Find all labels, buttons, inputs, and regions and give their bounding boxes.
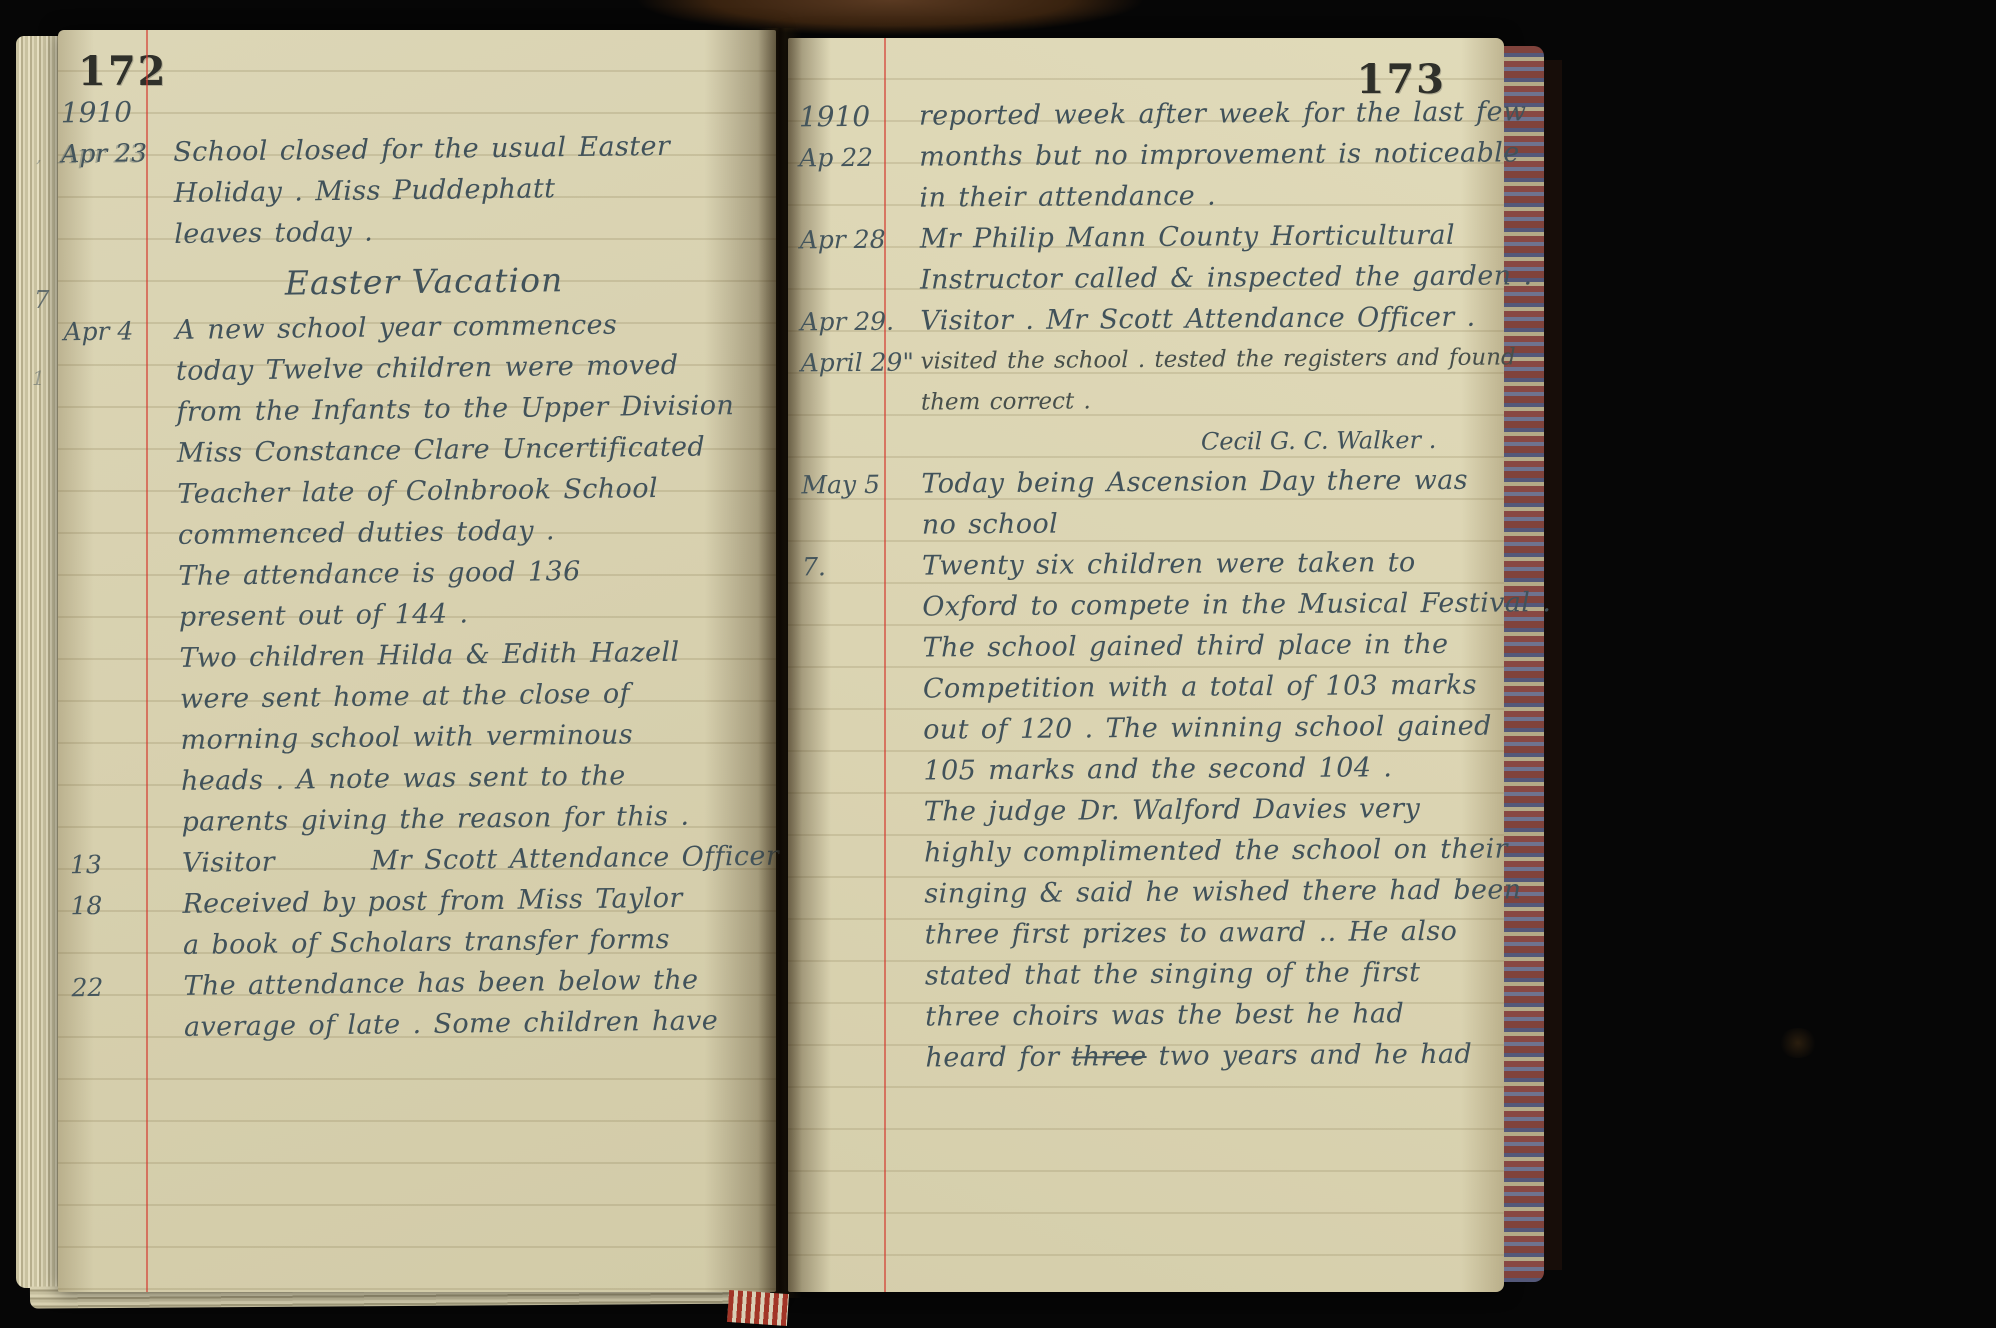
handwritten-line: heads . A note was sent to the	[181, 754, 779, 802]
handwritten-line: were sent home at the close of	[180, 672, 778, 720]
entry-lines: Twenty six children were taken toOxford …	[922, 541, 1554, 1037]
bookmark-ribbon	[727, 1290, 789, 1326]
entry-text: School closed for the usual EasterHolida…	[153, 125, 772, 256]
log-entry: Apr 28 Mr Philip Mann County Horticultur…	[786, 215, 1503, 302]
handwritten-line: Miss Constance Clare Uncertificated	[177, 426, 775, 474]
entry-date: April 29"	[786, 342, 900, 384]
entry-text: Today being Ascension Day there wasno sc…	[901, 460, 1504, 546]
entry-date	[55, 265, 155, 266]
left-page: 172 1910 Apr 23 School closed for the us…	[58, 30, 776, 1292]
entry-text: reported week after week for the last fe…	[899, 91, 1527, 218]
handwritten-line: no school	[922, 501, 1504, 546]
handwritten-line: months but no improvement is noticeable	[919, 132, 1527, 177]
line-pre: heard for	[925, 1042, 1071, 1074]
log-entry: Apr 23 School closed for the usual Easte…	[53, 125, 772, 257]
handwritten-line: Visitor Mr Scott Attendance Officer	[182, 836, 780, 884]
entry-text: Mr Philip Mann County HorticulturalInstr…	[900, 214, 1533, 300]
left-page-entries: 1910 Apr 23 School closed for the usual …	[52, 26, 782, 1050]
line-post: two years and he had	[1146, 1039, 1472, 1072]
log-entry: 22 The attendance has been below theaver…	[63, 959, 782, 1050]
entry-text: Twenty six children were taken toOxford …	[902, 541, 1555, 1079]
entry-date-label: Ap 22	[799, 137, 899, 179]
entry-date: 7.	[788, 546, 902, 588]
handwritten-line: Teacher late of Colnbrook School	[177, 467, 775, 515]
log-entry: 1910 Ap 22 reported week after week for …	[785, 92, 1502, 220]
paper-stain	[1778, 1028, 1818, 1058]
handwritten-line: Received by post from Miss Taylor	[182, 877, 780, 925]
handwritten-line: present out of 144 .	[179, 590, 777, 638]
log-entry: 18 Received by post from Miss Taylora bo…	[62, 877, 781, 968]
handwritten-line: Holiday . Miss Puddephatt	[174, 166, 772, 214]
handwritten-line: Today being Ascension Day there was	[921, 460, 1503, 505]
logbook-photo: 172 1910 Apr 23 School closed for the us…	[0, 0, 1996, 1328]
handwritten-line: a book of Scholars transfer forms	[183, 918, 781, 966]
handwritten-line: Mr Philip Mann County Horticultural	[920, 214, 1533, 259]
entry-text: A new school year commencestoday Twelve …	[155, 303, 779, 844]
handwritten-line: Visitor . Mr Scott Attendance Officer .	[920, 297, 1502, 342]
handwritten-line: The attendance has been below the	[183, 959, 781, 1007]
visitor-signature: Cecil G. C. Walker .	[921, 419, 1516, 463]
handwritten-line: Oxford to compete in the Musical Festiva…	[922, 582, 1551, 627]
entry-date: Apr 4	[55, 310, 155, 352]
handwritten-line: Twenty six children were taken to	[922, 541, 1551, 586]
handwritten-line: in their attendance .	[919, 173, 1527, 218]
section-heading-row: Easter Vacation	[55, 258, 773, 306]
entry-line-with-strikethrough: heard for three two years and he had	[925, 1033, 1554, 1078]
log-entry: Apr 4 A new school year commencestoday T…	[55, 303, 779, 845]
visitor-note-lines: visited the school . tested the register…	[920, 337, 1516, 423]
handwritten-line: stated that the singing of the first	[925, 951, 1554, 996]
handwritten-line: morning school with verminous	[180, 713, 778, 761]
entry-date: 13	[62, 843, 162, 885]
year-label: 1910	[799, 96, 899, 138]
entry-date: Apr 28	[786, 219, 900, 261]
handwritten-line: Competition with a total of 103 marks	[923, 664, 1552, 709]
right-page: 173 1910 Ap 22 reported week after week …	[788, 38, 1504, 1292]
entry-text: The attendance has been below theaverage…	[163, 959, 782, 1049]
entry-date: Apr 29.	[786, 301, 900, 343]
handwritten-line: from the Infants to the Upper Division	[176, 385, 774, 433]
stray-margin-mark: 7	[34, 286, 49, 314]
handwritten-line: Instructor called & inspected the garden…	[920, 255, 1533, 300]
entry-text: Visitor . Mr Scott Attendance Officer .	[900, 297, 1502, 342]
entry-text: Received by post from Miss Taylora book …	[162, 877, 781, 967]
handwritten-line: The attendance is good 136	[178, 549, 776, 597]
handwritten-line: A new school year commences	[175, 303, 773, 351]
log-entry-visitor: April 29" visited the school . tested th…	[786, 338, 1503, 465]
handwritten-line: 105 marks and the second 104 .	[923, 746, 1552, 791]
entry-text: visited the school . tested the register…	[900, 337, 1516, 463]
handwritten-line: commenced duties today .	[178, 508, 776, 556]
section-heading: Easter Vacation	[155, 258, 773, 305]
handwritten-line: singing & said he wished there had been	[924, 869, 1553, 914]
handwritten-line: out of 120 . The winning school gained	[923, 705, 1552, 750]
handwritten-line: parents giving the reason for this .	[181, 795, 779, 843]
handwritten-line: three choirs was the best he had	[925, 992, 1554, 1037]
stray-margin-mark: 1	[32, 366, 45, 390]
right-page-entries: 1910 Ap 22 reported week after week for …	[784, 36, 1507, 1080]
handwritten-line: reported week after week for the last fe…	[919, 91, 1527, 136]
log-entry: Apr 29. Visitor . Mr Scott Attendance Of…	[786, 297, 1502, 343]
handwritten-line: The school gained third place in the	[922, 623, 1551, 668]
handwritten-line: them correct .	[921, 378, 1516, 423]
log-entry: 7. Twenty six children were taken toOxfo…	[788, 542, 1508, 1080]
handwritten-line: leaves today .	[174, 207, 772, 255]
handwritten-line: three first prizes to award .. He also	[924, 910, 1553, 955]
entry-date: Apr 23	[53, 132, 153, 174]
handwritten-line: The judge Dr. Walford Davies very	[924, 787, 1553, 832]
handwritten-line: highly complimented the school on their	[924, 828, 1553, 873]
entry-date: May 5	[787, 464, 901, 506]
handwritten-line: Two children Hilda & Edith Hazell	[179, 631, 777, 679]
handwritten-line: School closed for the usual Easter	[173, 125, 771, 173]
handwritten-line: today Twelve children were moved	[176, 344, 774, 392]
book-gutter	[758, 28, 802, 1298]
year-label: 1910	[53, 91, 153, 133]
struck-word: three	[1071, 1041, 1146, 1073]
log-entry: May 5 Today being Ascension Day there wa…	[787, 460, 1504, 547]
stray-margin-mark: ,	[36, 146, 42, 167]
entry-date: 22	[63, 966, 163, 1008]
handwritten-line: average of late . Some children have	[184, 1000, 782, 1048]
entry-date: 18	[62, 884, 162, 926]
handwritten-line: visited the school . tested the register…	[920, 337, 1515, 382]
